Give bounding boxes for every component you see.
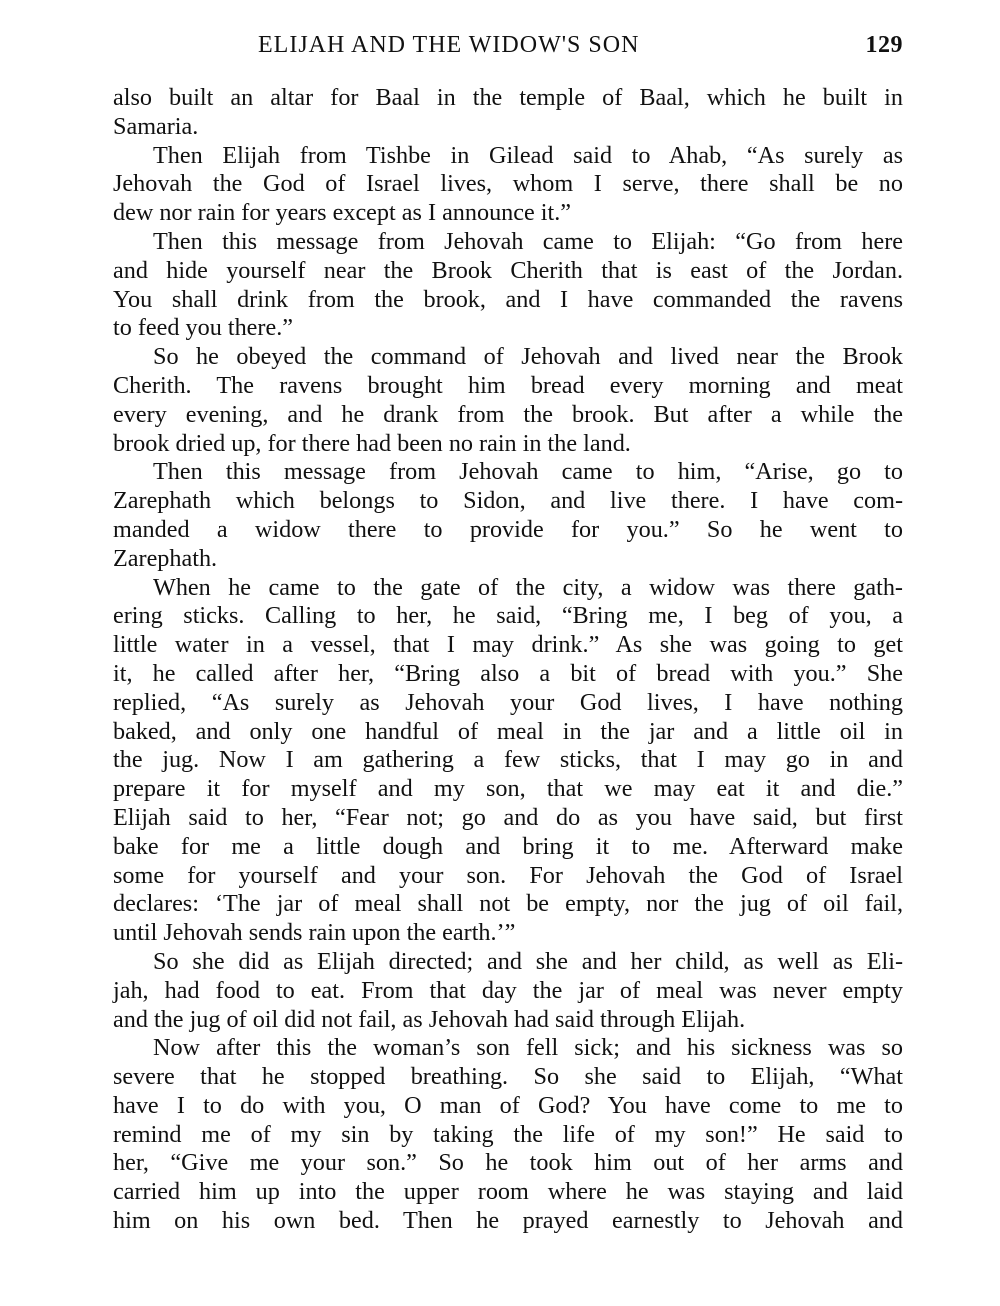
text-line: So he obeyed the command of Jehovah and … <box>113 343 903 372</box>
text-line: remind me of my sin by taking the life o… <box>113 1121 903 1150</box>
text-line: brook dried up, for there had been no ra… <box>113 430 903 459</box>
text-line: Then Elijah from Tishbe in Gilead said t… <box>113 142 903 171</box>
text-line: Elijah said to her, “Fear not; go and do… <box>113 804 903 833</box>
text-line: have I to do with you, O man of God? You… <box>113 1092 903 1121</box>
text-line: Samaria. <box>113 113 903 142</box>
text-line: Now after this the woman’s son fell sick… <box>113 1034 903 1063</box>
text-line: Cherith. The ravens brought him bread ev… <box>113 372 903 401</box>
paragraph: Now after this the woman’s son fell sick… <box>113 1034 903 1236</box>
paragraph: Then Elijah from Tishbe in Gilead said t… <box>113 142 903 228</box>
text-line: severe that he stopped breathing. So she… <box>113 1063 903 1092</box>
text-line: bake for me a little dough and bring it … <box>113 833 903 862</box>
paragraph: So he obeyed the command of Jehovah and … <box>113 343 903 458</box>
page-number: 129 <box>866 32 904 59</box>
text-line: You shall drink from the brook, and I ha… <box>113 286 903 315</box>
body-text: also built an altar for Baal in the temp… <box>113 84 903 1236</box>
paragraph: So she did as Elijah directed; and she a… <box>113 948 903 1034</box>
text-line: some for yourself and your son. For Jeho… <box>113 862 903 891</box>
text-line: and the jug of oil did not fail, as Jeho… <box>113 1006 903 1035</box>
running-head: ELIJAH AND THE WIDOW'S SON 129 <box>113 32 903 62</box>
text-line: replied, “As surely as Jehovah your God … <box>113 689 903 718</box>
paragraph: Then this message from Jehovah came to h… <box>113 458 903 573</box>
text-line: little water in a vessel, that I may dri… <box>113 631 903 660</box>
text-line: declares: ‘The jar of meal shall not be … <box>113 890 903 919</box>
text-line: manded a widow there to provide for you.… <box>113 516 903 545</box>
text-line: carried him up into the upper room where… <box>113 1178 903 1207</box>
text-line: the jug. Now I am gathering a few sticks… <box>113 746 903 775</box>
text-line: So she did as Elijah directed; and she a… <box>113 948 903 977</box>
text-line: also built an altar for Baal in the temp… <box>113 84 903 113</box>
paragraph: also built an altar for Baal in the temp… <box>113 84 903 142</box>
text-line: jah, had food to eat. From that day the … <box>113 977 903 1006</box>
text-line: Zarephath. <box>113 545 903 574</box>
text-line: until Jehovah sends rain upon the earth.… <box>113 919 903 948</box>
text-line: every evening, and he drank from the bro… <box>113 401 903 430</box>
text-line: dew nor rain for years except as I annou… <box>113 199 903 228</box>
paragraph: Then this message from Jehovah came to E… <box>113 228 903 343</box>
text-line: Jehovah the God of Israel lives, whom I … <box>113 170 903 199</box>
text-line: and hide yourself near the Brook Cherith… <box>113 257 903 286</box>
text-line: When he came to the gate of the city, a … <box>113 574 903 603</box>
text-line: baked, and only one handful of meal in t… <box>113 718 903 747</box>
text-line: to feed you there.” <box>113 314 903 343</box>
text-line: ering sticks. Calling to her, he said, “… <box>113 602 903 631</box>
text-line: Zarephath which belongs to Sidon, and li… <box>113 487 903 516</box>
text-line: him on his own bed. Then he prayed earne… <box>113 1207 903 1236</box>
paragraph: When he came to the gate of the city, a … <box>113 574 903 948</box>
text-line: it, he called after her, “Bring also a b… <box>113 660 903 689</box>
text-line: her, “Give me your son.” So he took him … <box>113 1149 903 1178</box>
text-line: Then this message from Jehovah came to E… <box>113 228 903 257</box>
running-title: ELIJAH AND THE WIDOW'S SON <box>258 32 639 59</box>
text-line: Then this message from Jehovah came to h… <box>113 458 903 487</box>
text-line: prepare it for myself and my son, that w… <box>113 775 903 804</box>
